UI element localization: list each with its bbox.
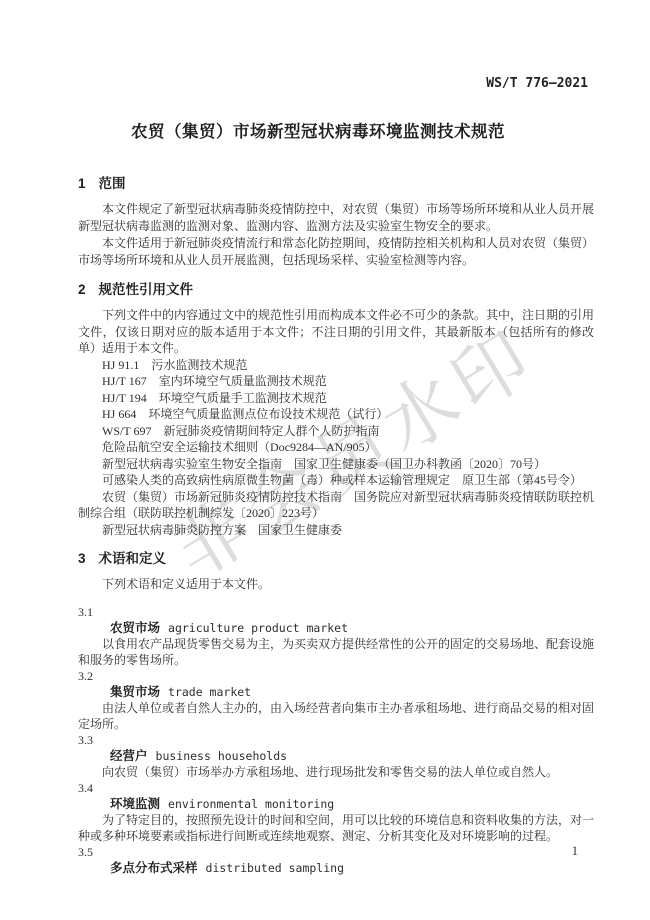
section-number: 3	[78, 551, 86, 566]
section-number: 1	[78, 176, 86, 191]
terms-intro: 下列术语和定义适用于本文件。	[78, 576, 594, 592]
term-line: 经营户business households	[78, 748, 594, 764]
reference-item: WS/T 697 新冠肺炎疫情期间特定人群个人防护指南	[78, 423, 594, 440]
term-english: trade market	[168, 685, 251, 699]
reference-item: HJ 91.1 污水监测技术规范	[78, 357, 594, 374]
reference-item: 新型冠状病毒实验室生物安全指南 国家卫生健康委（国卫办科教函〔2020〕70号）	[78, 456, 594, 473]
document-title: 农贸（集贸）市场新型冠状病毒环境监测技术规范	[60, 120, 576, 144]
term-english: environmental monitoring	[168, 797, 334, 811]
section-heading-scope: 1范围	[78, 176, 594, 192]
reference-item: HJ/T 194 环境空气质量手工监测技术规范	[78, 390, 594, 407]
page-number: 1	[572, 844, 578, 859]
term-number: 3.2	[78, 668, 594, 684]
section-heading-references: 2规范性引用文件	[78, 282, 594, 298]
term-chinese: 环境监测	[110, 797, 160, 811]
section-title: 术语和定义	[99, 551, 167, 566]
reference-item: 农贸（集贸）市场新冠肺炎疫情防控技术指南 国务院应对新型冠状病毒肺炎疫情联防联控…	[78, 489, 594, 522]
term-chinese: 多点分布式采样	[110, 861, 198, 875]
term-definition: 向农贸（集贸）市场举办方承租场地、进行现场批发和零售交易的法人单位或自然人。	[78, 764, 594, 780]
term-number: 3.5	[78, 844, 594, 860]
section-number: 2	[78, 282, 86, 297]
term-english: business households	[156, 749, 288, 763]
reference-item: 新型冠状病毒肺炎防控方案 国家卫生健康委	[78, 522, 594, 539]
term-line: 环境监测environmental monitoring	[78, 796, 594, 812]
references-intro: 下列文件中的内容通过文中的规范性引用而构成本文件必不可少的条款。其中，注日期的引…	[78, 307, 594, 357]
term-english: agriculture product market	[168, 621, 348, 635]
term-line: 多点分布式采样distributed sampling	[78, 860, 594, 876]
scope-paragraph: 本文件适用于新冠肺炎疫情流行和常态化防控期间，疫情防控相关机构和人员对农贸（集贸…	[78, 235, 594, 269]
term-definition: 以食用农产品现货零售交易为主，为买卖双方提供经常性的公开的固定的交易场地、配套设…	[78, 636, 594, 668]
term-line: 农贸市场agriculture product market	[78, 620, 594, 636]
term-english: distributed sampling	[206, 861, 344, 875]
term-line: 集贸市场trade market	[78, 684, 594, 700]
section-title: 规范性引用文件	[99, 282, 194, 297]
term-number: 3.1	[78, 604, 594, 620]
standard-code-header: WS/T 776—2021	[486, 76, 588, 91]
term-definition: 由法人单位或者自然人主办的，由入场经营者向集市主办者承租场地、进行商品交易的相对…	[78, 700, 594, 732]
terms-block: 下列术语和定义适用于本文件。 3.1 农贸市场agriculture produ…	[78, 576, 594, 876]
reference-item: HJ 664 环境空气质量监测点位布设技术规范（试行）	[78, 406, 594, 423]
reference-item: 危险品航空安全运输技术细则（Doc9284—AN/905）	[78, 439, 594, 456]
scope-paragraph: 本文件规定了新型冠状病毒肺炎疫情防控中，对农贸（集贸）市场等场所环境和从业人员开…	[78, 201, 594, 235]
section-title: 范围	[99, 176, 126, 191]
document-page: 非会员水印 WS/T 776—2021 农贸（集贸）市场新型冠状病毒环境监测技术…	[0, 0, 650, 920]
term-definition: 为了特定目的，按照预先设计的时间和空间，用可以比较的环境信息和资料收集的方法，对…	[78, 812, 594, 844]
reference-item: HJ/T 167 室内环境空气质量监测技术规范	[78, 373, 594, 390]
term-chinese: 农贸市场	[110, 621, 160, 635]
page-content: 农贸（集贸）市场新型冠状病毒环境监测技术规范 1范围 本文件规定了新型冠状病毒肺…	[0, 0, 650, 876]
term-chinese: 经营户	[110, 749, 148, 763]
reference-item: 可感染人类的高致病性病原微生物菌（毒）种或样本运输管理规定 原卫生部（第45号令…	[78, 472, 594, 489]
term-chinese: 集贸市场	[110, 685, 160, 699]
references-block: 下列文件中的内容通过文中的规范性引用而构成本文件必不可少的条款。其中，注日期的引…	[78, 307, 594, 538]
term-number: 3.3	[78, 732, 594, 748]
section-heading-terms: 3术语和定义	[78, 551, 594, 567]
term-number: 3.4	[78, 780, 594, 796]
